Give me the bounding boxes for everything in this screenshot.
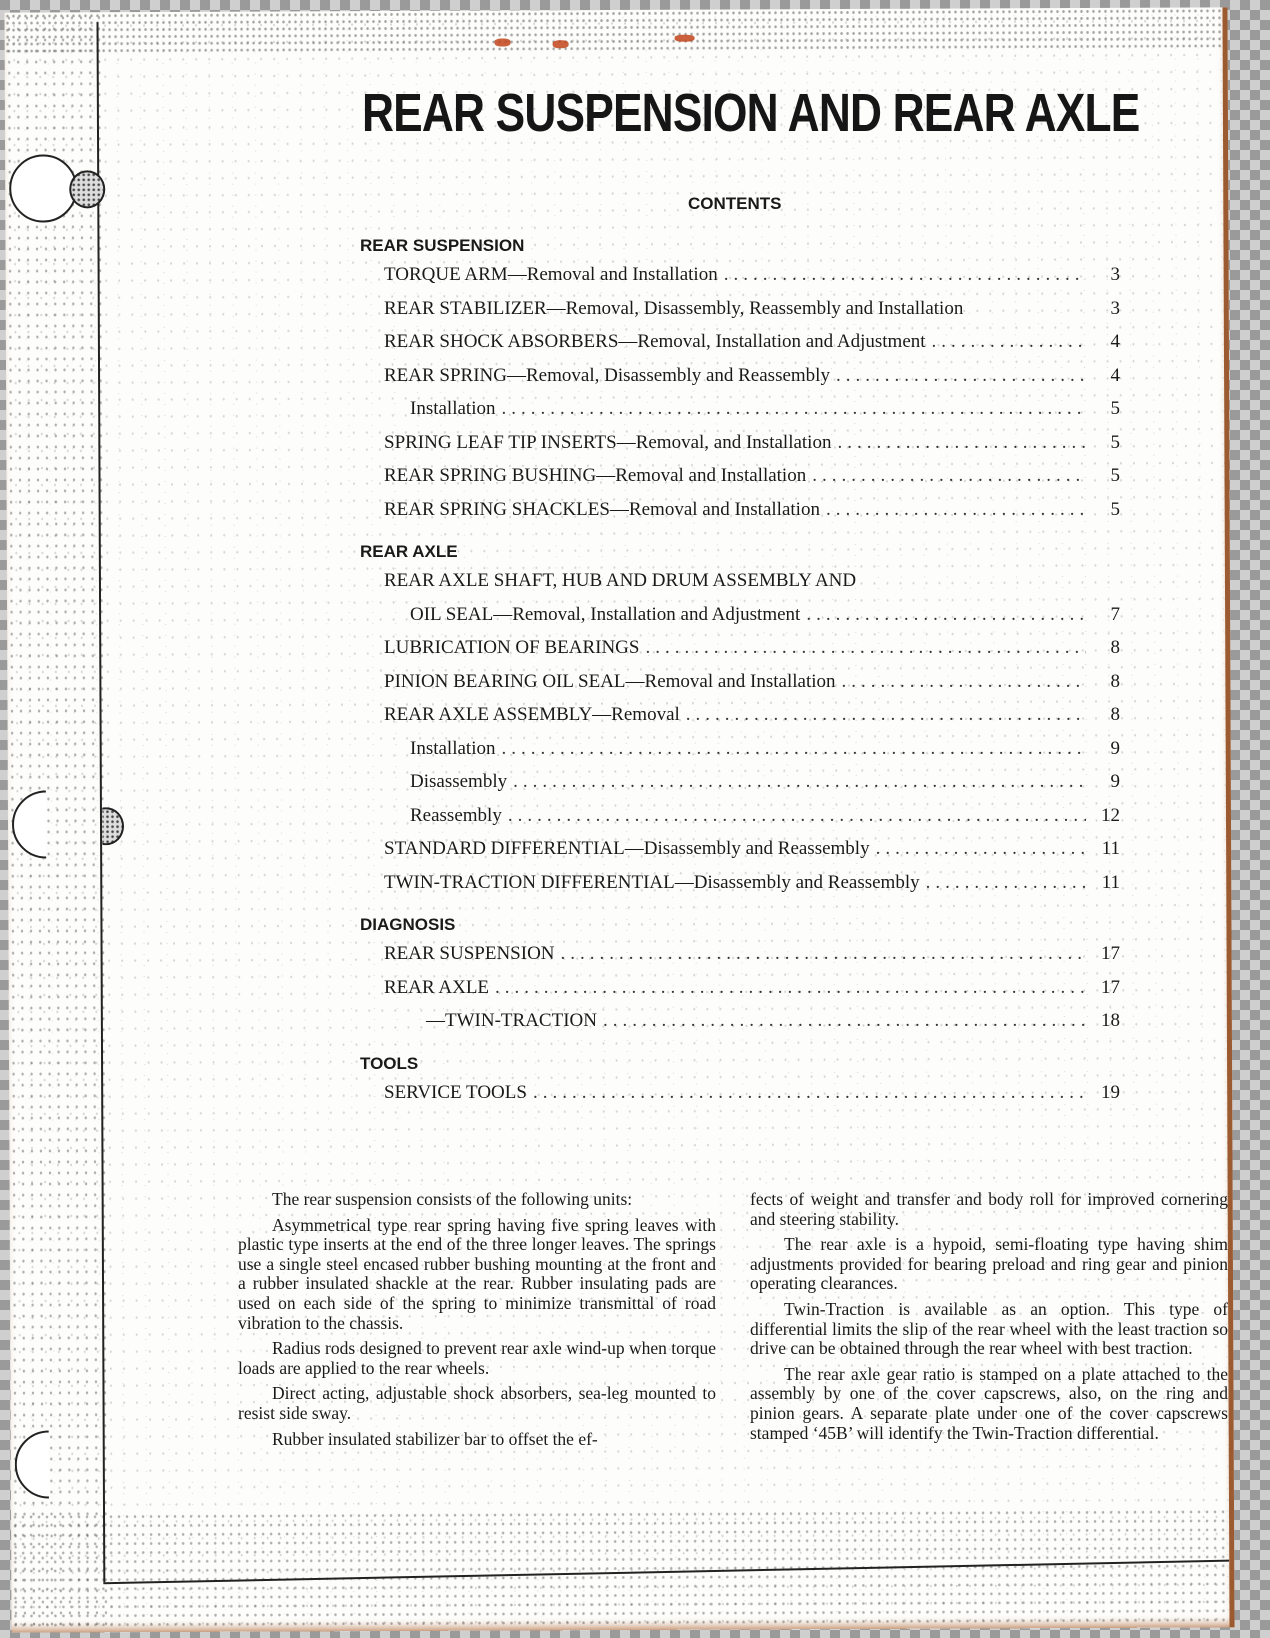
toc-entry[interactable]: OIL SEAL—Removal, Installation and Adjus… [360,598,1120,632]
toc-section-heading: TOOLS [360,1052,1120,1076]
dot-leader [826,493,1086,527]
toc-page-number: 4 [1092,325,1120,359]
toc-entry[interactable]: REAR AXLE17 [360,971,1120,1005]
body-paragraph: Asymmetrical type rear spring having fiv… [238,1216,716,1334]
toc-entry-label: REAR AXLE SHAFT, HUB AND DRUM ASSEMBLY A… [360,564,856,598]
toc-entry[interactable]: REAR SPRING—Removal, Disassembly and Rea… [360,359,1120,393]
toc-entry[interactable]: SERVICE TOOLS19 [360,1076,1120,1110]
toc-entry-label: TWIN-TRACTION DIFFERENTIAL—Disassembly a… [360,866,920,900]
toc-entry-label: REAR SPRING—Removal, Disassembly and Rea… [360,359,830,393]
toc-entry-label: REAR SHOCK ABSORBERS—Removal, Installati… [360,325,926,359]
toc-page-number: 5 [1092,459,1120,493]
toc-page-number: 17 [1092,937,1120,971]
rust-stain [675,35,695,42]
toc-entry-label: TORQUE ARM—Removal and Installation [360,258,718,292]
body-column-left: The rear suspension consists of the foll… [238,1190,716,1455]
toc-page-number: 19 [1092,1076,1120,1110]
page-title: REAR SUSPENSION AND REAR AXLE [362,82,1139,144]
toc-entry[interactable]: SPRING LEAF TIP INSERTS—Removal, and Ins… [360,426,1120,460]
toc-page-number: 11 [1092,832,1120,866]
toc-page-number: 4 [1092,359,1120,393]
toc-entry-label: REAR STABILIZER—Removal, Disassembly, Re… [360,292,963,326]
dot-leader [876,832,1086,866]
toc-section-heading: REAR SUSPENSION [360,234,1120,258]
toc-entry[interactable]: LUBRICATION OF BEARINGS8 [360,631,1120,665]
toc-entry-label: STANDARD DIFFERENTIAL—Disassembly and Re… [360,832,870,866]
rust-stain [495,38,511,46]
toc-page-number: 9 [1092,732,1120,766]
dot-leader [508,799,1086,833]
toc-entry[interactable]: REAR STABILIZER—Removal, Disassembly, Re… [360,292,1120,326]
dot-leader [603,1004,1086,1038]
dot-leader [513,765,1086,799]
toc-entry-label: LUBRICATION OF BEARINGS [360,631,639,665]
body-paragraph: The rear suspension consists of the foll… [238,1190,716,1210]
dot-leader [926,866,1086,900]
body-paragraph: Direct acting, adjustable shock absorber… [238,1384,716,1423]
body-column-right: fects of weight and transfer and body ro… [750,1190,1228,1455]
body-paragraph: Twin-Traction is available as an option.… [750,1300,1228,1359]
toc-entry-label: Installation [360,392,495,426]
body-paragraph: Rubber insulated stabilizer bar to offse… [238,1430,716,1450]
section-gap [360,526,1120,540]
toc-page-number: 11 [1092,866,1120,900]
dot-leader [501,392,1086,426]
toc-entry-label: SERVICE TOOLS [360,1076,527,1110]
toc-entry-label: SPRING LEAF TIP INSERTS—Removal, and Ins… [360,426,831,460]
punch-mark-icon [69,170,105,208]
toc-page-number: 12 [1092,799,1120,833]
toc-entry[interactable]: TORQUE ARM—Removal and Installation3 [360,258,1120,292]
toc-entry-label: REAR SPRING SHACKLES—Removal and Install… [360,493,820,527]
dot-leader [686,698,1086,732]
dot-leader [932,325,1086,359]
toc-entry[interactable]: Reassembly12 [360,799,1120,833]
dot-leader [836,359,1086,393]
toc-page-number: 9 [1092,765,1120,799]
toc-entry[interactable]: REAR SPRING BUSHING—Removal and Installa… [360,459,1120,493]
toc-page-number: 18 [1092,1004,1120,1038]
toc-page-number: 17 [1092,971,1120,1005]
toc-page-number: 5 [1092,426,1120,460]
toc-entry[interactable]: REAR AXLE SHAFT, HUB AND DRUM ASSEMBLY A… [360,564,1120,598]
toc-page-number: 8 [1092,631,1120,665]
dot-leader [533,1076,1086,1110]
table-of-contents: REAR SUSPENSIONTORQUE ARM—Removal and In… [360,234,1120,1109]
toc-entry[interactable]: Installation5 [360,392,1120,426]
rust-stain [553,40,569,48]
toc-entry-label: OIL SEAL—Removal, Installation and Adjus… [360,598,800,632]
scan-noise-top [4,7,1222,52]
toc-page-number: 8 [1092,698,1120,732]
section-gap [360,1038,1120,1052]
dot-leader [837,426,1086,460]
body-text: The rear suspension consists of the foll… [238,1190,1230,1455]
dot-leader [495,971,1086,1005]
body-paragraph: The rear axle gear ratio is stamped on a… [750,1365,1228,1443]
section-gap [360,899,1120,913]
dot-leader [501,732,1086,766]
toc-entry[interactable]: PINION BEARING OIL SEAL—Removal and Inst… [360,665,1120,699]
scan-noise-bottom [11,1507,1230,1632]
toc-entry-label: REAR AXLE ASSEMBLY—Removal [360,698,680,732]
toc-entry-label: REAR SPRING BUSHING—Removal and Installa… [360,459,806,493]
toc-entry[interactable]: STANDARD DIFFERENTIAL—Disassembly and Re… [360,832,1120,866]
dot-leader [645,631,1086,665]
toc-page-number: 8 [1092,665,1120,699]
toc-section-heading: REAR AXLE [360,540,1120,564]
toc-entry[interactable]: REAR AXLE ASSEMBLY—Removal8 [360,698,1120,732]
dot-leader [842,665,1086,699]
toc-page-number: 3 [1092,258,1120,292]
toc-page-number: 5 [1092,392,1120,426]
body-paragraph: The rear axle is a hypoid, semi-floating… [750,1235,1228,1294]
toc-entry[interactable]: Installation9 [360,732,1120,766]
dot-leader [561,937,1086,971]
toc-entry-label: Installation [360,732,495,766]
binder-hole-icon [9,154,77,222]
toc-entry[interactable]: REAR SUSPENSION17 [360,937,1120,971]
dot-leader [812,459,1086,493]
toc-entry-label: Disassembly [360,765,507,799]
toc-page-number: 3 [1092,292,1120,326]
toc-entry[interactable]: REAR SPRING SHACKLES—Removal and Install… [360,493,1120,527]
toc-entry[interactable]: REAR SHOCK ABSORBERS—Removal, Installati… [360,325,1120,359]
toc-page-number: 7 [1092,598,1120,632]
toc-section-heading: DIAGNOSIS [360,913,1120,937]
toc-entry[interactable]: TWIN-TRACTION DIFFERENTIAL—Disassembly a… [360,866,1120,900]
toc-entry-label: —TWIN-TRACTION [360,1004,597,1038]
toc-entry-label: REAR AXLE [360,971,489,1005]
dot-leader [806,598,1086,632]
toc-entry[interactable]: Disassembly9 [360,765,1120,799]
toc-entry[interactable]: —TWIN-TRACTION18 [360,1004,1120,1038]
toc-entry-label: Reassembly [360,799,502,833]
contents-heading: CONTENTS [688,194,782,214]
body-paragraph: Radius rods designed to prevent rear axl… [238,1339,716,1378]
body-paragraph: fects of weight and transfer and body ro… [750,1190,1228,1229]
toc-page-number: 5 [1092,493,1120,527]
dot-leader [724,258,1086,292]
toc-entry-label: REAR SUSPENSION [360,937,555,971]
toc-entry-label: PINION BEARING OIL SEAL—Removal and Inst… [360,665,836,699]
